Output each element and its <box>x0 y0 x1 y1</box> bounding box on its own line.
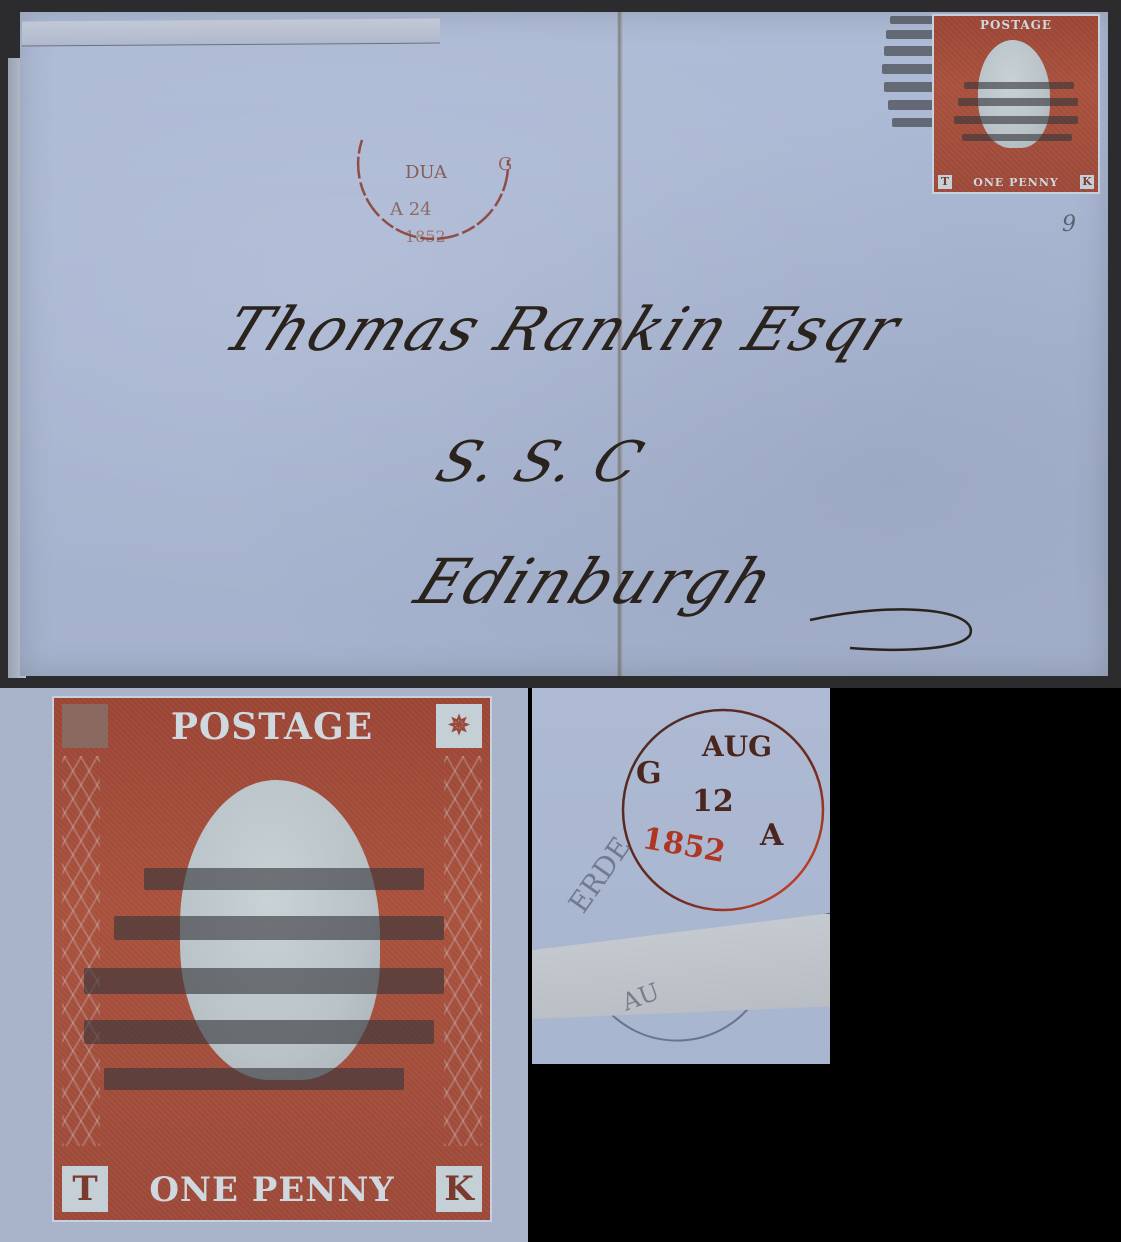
stamp-top-label: POSTAGE <box>934 18 1098 32</box>
stamp-bottom-label: ONE PENNY <box>934 176 1098 189</box>
address-line-2: S. S. C <box>427 430 654 495</box>
penny-red-stamp-enlarged: POSTAGE ✵ T ONE PENNY K <box>52 696 492 1222</box>
flourish-icon <box>780 590 1000 660</box>
stamp-corner-letter-left: T <box>62 1166 108 1212</box>
empty-background <box>830 688 1121 1242</box>
svg-text:1852: 1852 <box>405 227 446 246</box>
stamp-top-label-enlarged: POSTAGE <box>54 706 490 748</box>
postmark-enlargement: AUG G 12 A 1852 ERDE AU <box>532 688 830 1064</box>
svg-text:A 24: A 24 <box>389 199 432 220</box>
address-line-3: Edinburgh <box>405 545 786 618</box>
svg-text:G: G <box>498 154 512 175</box>
postmark-month: AUG <box>702 730 772 763</box>
stamp-corner-letter-right: K <box>1080 175 1094 189</box>
postmark-left-code: G <box>636 756 662 791</box>
stamp-corner-letter-right: K <box>436 1166 482 1212</box>
postmark-day: 12 <box>692 784 734 819</box>
penny-red-stamp: POSTAGE T ONE PENNY K <box>932 14 1100 194</box>
pencil-mark: 9 <box>1062 212 1076 237</box>
address-line-1: Thomas Rankin Esqr <box>214 295 912 365</box>
cancel-bars-icon <box>954 76 1084 156</box>
stamp-star-corner-icon: ✵ <box>436 704 482 748</box>
cancel-bars-icon <box>84 868 464 1108</box>
stamp-bottom-label-enlarged: ONE PENNY <box>112 1170 432 1210</box>
stamp-enlargement: POSTAGE ✵ T ONE PENNY K <box>0 688 528 1242</box>
cover-photo: POSTAGE T ONE PENNY K DUA A 24 1852 G 9 … <box>0 0 1121 688</box>
cover-top-flap <box>22 19 440 47</box>
front-postmark-icon: DUA A 24 1852 G <box>330 130 560 290</box>
postmark-right-code: A <box>760 818 783 853</box>
svg-text:DUA: DUA <box>405 162 448 183</box>
